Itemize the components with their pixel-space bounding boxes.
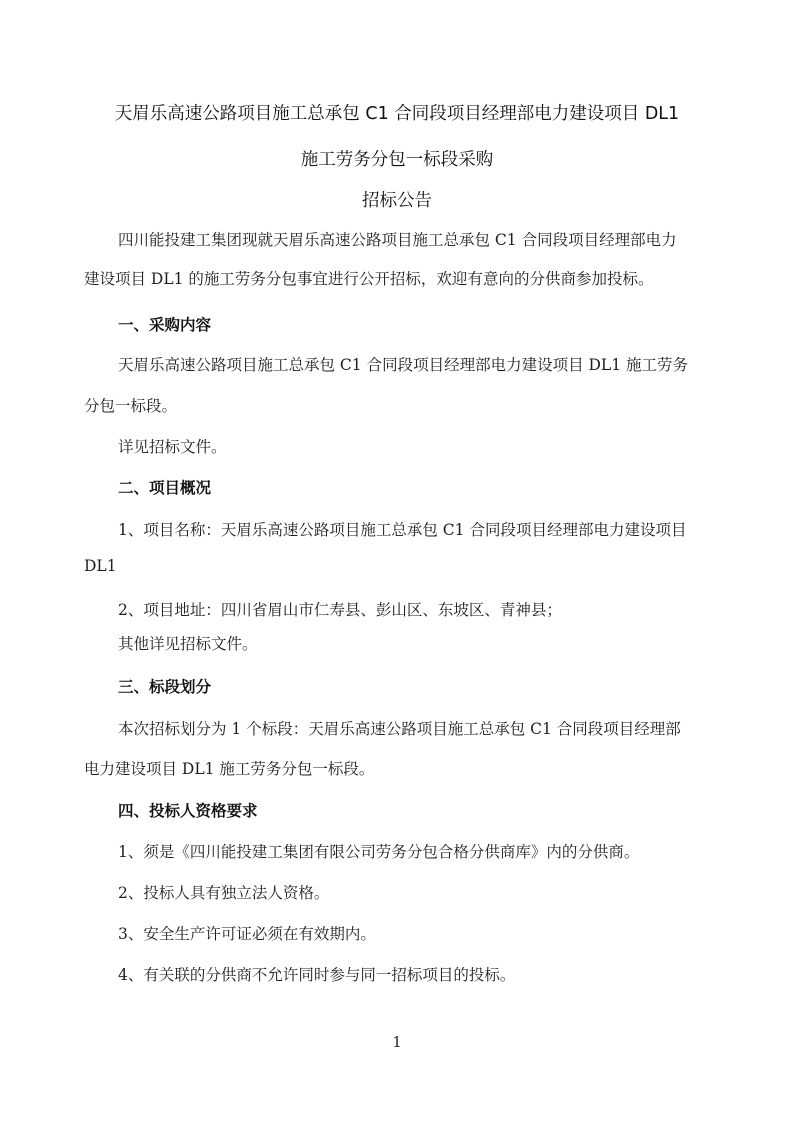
overview-project-address: 2、项目地址：四川省眉山市仁寿县、彭山区、东坡区、青神县；	[118, 598, 562, 620]
overview-project-name-cont: DL1	[84, 557, 117, 575]
section-heading-procurement: 一、采购内容	[118, 313, 211, 335]
overview-project-name: 1、项目名称：天眉乐高速公路项目施工总承包 C1 合同段项目经理部电力建设项目	[118, 518, 686, 540]
lots-line-2: 电力建设项目 DL1 施工劳务分包一标段。	[84, 757, 374, 779]
section-heading-overview: 二、项目概况	[118, 476, 211, 498]
qualification-item-2: 2、投标人具有独立法人资格。	[118, 881, 329, 903]
section-heading-lots: 三、标段划分	[118, 675, 211, 697]
procurement-line-3: 详见招标文件。	[118, 435, 227, 457]
intro-paragraph-line-1: 四川能投建工集团现就天眉乐高速公路项目施工总承包 C1 合同段项目经理部电力	[118, 228, 677, 250]
intro-paragraph-line-2: 建设项目 DL1 的施工劳务分包事宜进行公开招标，欢迎有意向的分供商参加投标。	[84, 267, 653, 289]
document-page: 天眉乐高速公路项目施工总承包 C1 合同段项目经理部电力建设项目 DL1 施工劳…	[0, 0, 794, 1123]
document-title-line-2: 施工劳务分包一标段采购	[0, 146, 794, 171]
page-number: 1	[0, 1033, 794, 1051]
qualification-item-4: 4、有关联的分供商不允许同时参与同一招标项目的投标。	[118, 963, 515, 985]
section-heading-qualifications: 四、投标人资格要求	[118, 799, 258, 821]
lots-line-1: 本次招标划分为 1 个标段：天眉乐高速公路项目施工总承包 C1 合同段项目经理部	[118, 717, 681, 739]
procurement-line-2: 分包一标段。	[84, 394, 177, 416]
overview-other: 其他详见招标文件。	[118, 632, 258, 654]
procurement-line-1: 天眉乐高速公路项目施工总承包 C1 合同段项目经理部电力建设项目 DL1 施工劳…	[118, 353, 688, 375]
qualification-item-1: 1、须是《四川能投建工集团有限公司劳务分包合格分供商库》内的分供商。	[118, 840, 639, 862]
document-title-notice: 招标公告	[0, 187, 794, 212]
qualification-item-3: 3、安全生产许可证必须在有效期内。	[118, 922, 376, 944]
document-title-line-1: 天眉乐高速公路项目施工总承包 C1 合同段项目经理部电力建设项目 DL1	[0, 100, 794, 125]
